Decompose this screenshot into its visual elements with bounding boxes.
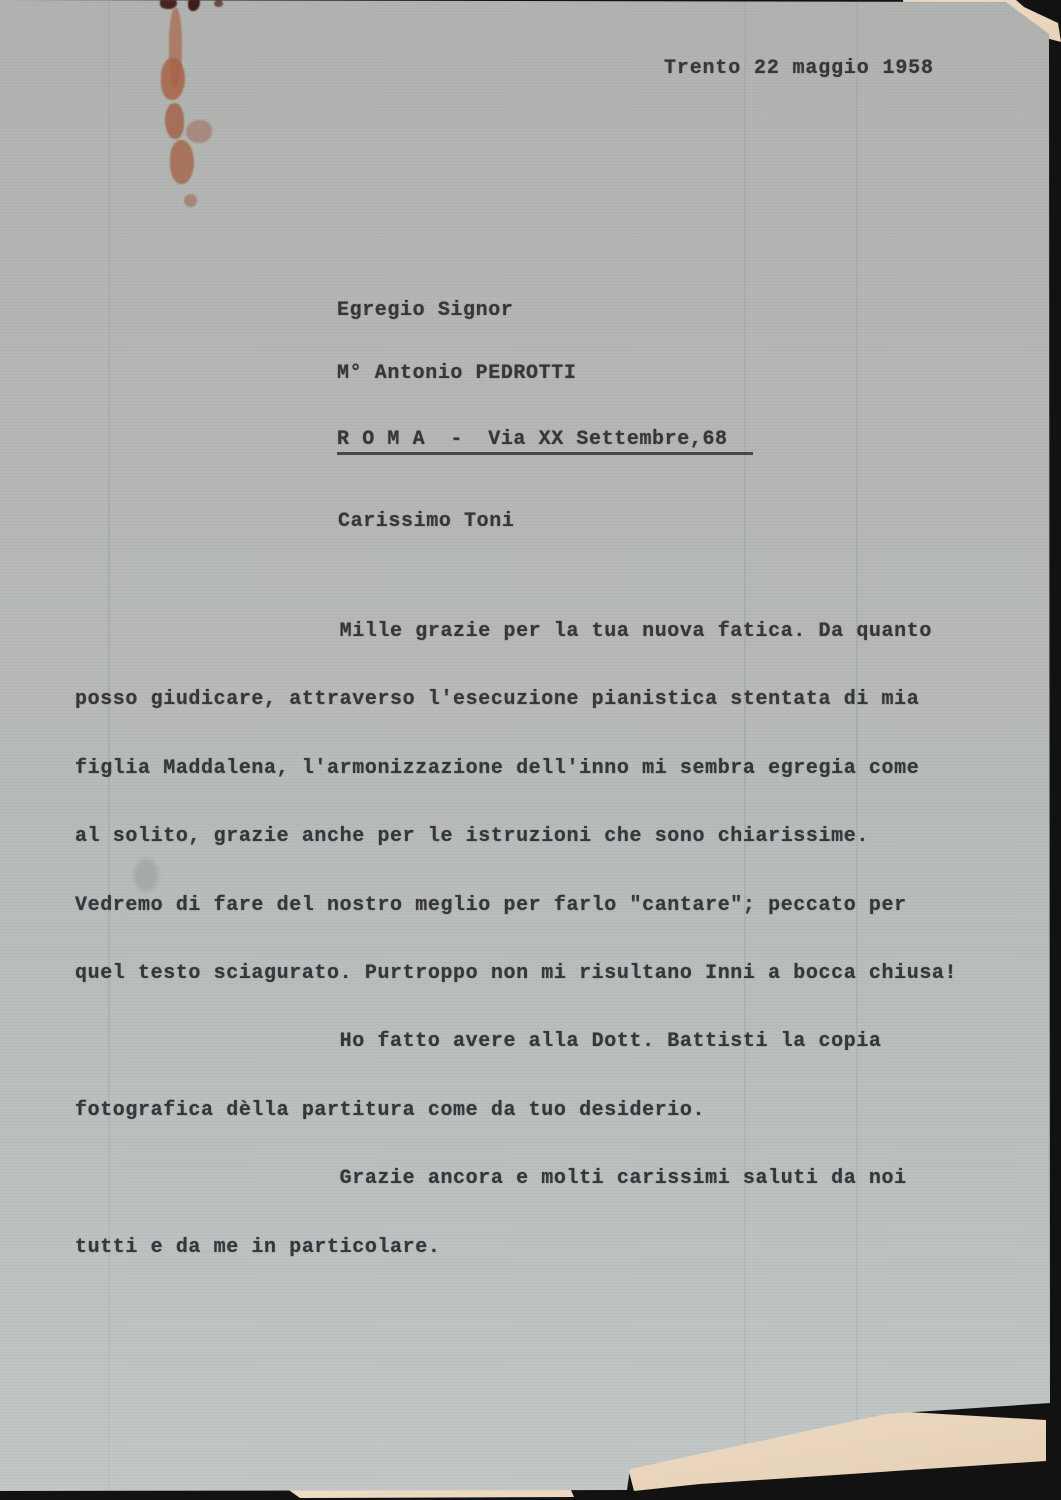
- rust-stain: [165, 103, 184, 139]
- scanned-letter: Trento 22 maggio 1958 Egregio Signor M° …: [0, 0, 1061, 1500]
- body-line: al solito, grazie anche per le istruzion…: [75, 826, 957, 848]
- body-line: Grazie ancora e molti carissimi saluti d…: [75, 1168, 957, 1190]
- body-line: figlia Maddalena, l'armonizzazione dell'…: [75, 758, 957, 780]
- letter-body: Mille grazie per la tua nuova fatica. Da…: [75, 575, 957, 1305]
- body-line: Vedremo di fare del nostro meglio per fa…: [75, 895, 957, 917]
- rust-stain: [186, 120, 212, 143]
- rust-stain: [184, 194, 197, 207]
- greeting: Carissimo Toni: [338, 510, 514, 533]
- recipient-salutation: Egregio Signor: [337, 299, 513, 322]
- recipient-address-text: R O M A - Via XX Settembre,68: [337, 428, 753, 455]
- letter-page: Trento 22 maggio 1958 Egregio Signor M° …: [0, 0, 1061, 1500]
- dateline: Trento 22 maggio 1958: [664, 57, 934, 80]
- body-line: Mille grazie per la tua nuova fatica. Da…: [75, 621, 957, 643]
- rust-stain: [170, 140, 194, 184]
- rust-stain: [161, 58, 185, 100]
- body-line: tutti e da me in particolare.: [75, 1237, 957, 1259]
- body-line: posso giudicare, attraverso l'esecuzione…: [75, 689, 957, 711]
- recipient-name: M° Antonio PEDROTTI: [337, 362, 576, 385]
- recipient-address: R O M A - Via XX Settembre,68: [337, 428, 753, 451]
- body-line: Ho fatto avere alla Dott. Battisti la co…: [75, 1031, 957, 1053]
- body-line: quel testo sciagurato. Purtroppo non mi …: [75, 963, 957, 985]
- ink-stain: [188, 0, 200, 11]
- body-line: fotografica dèlla partitura come da tuo …: [75, 1100, 957, 1122]
- ink-stain: [214, 0, 223, 7]
